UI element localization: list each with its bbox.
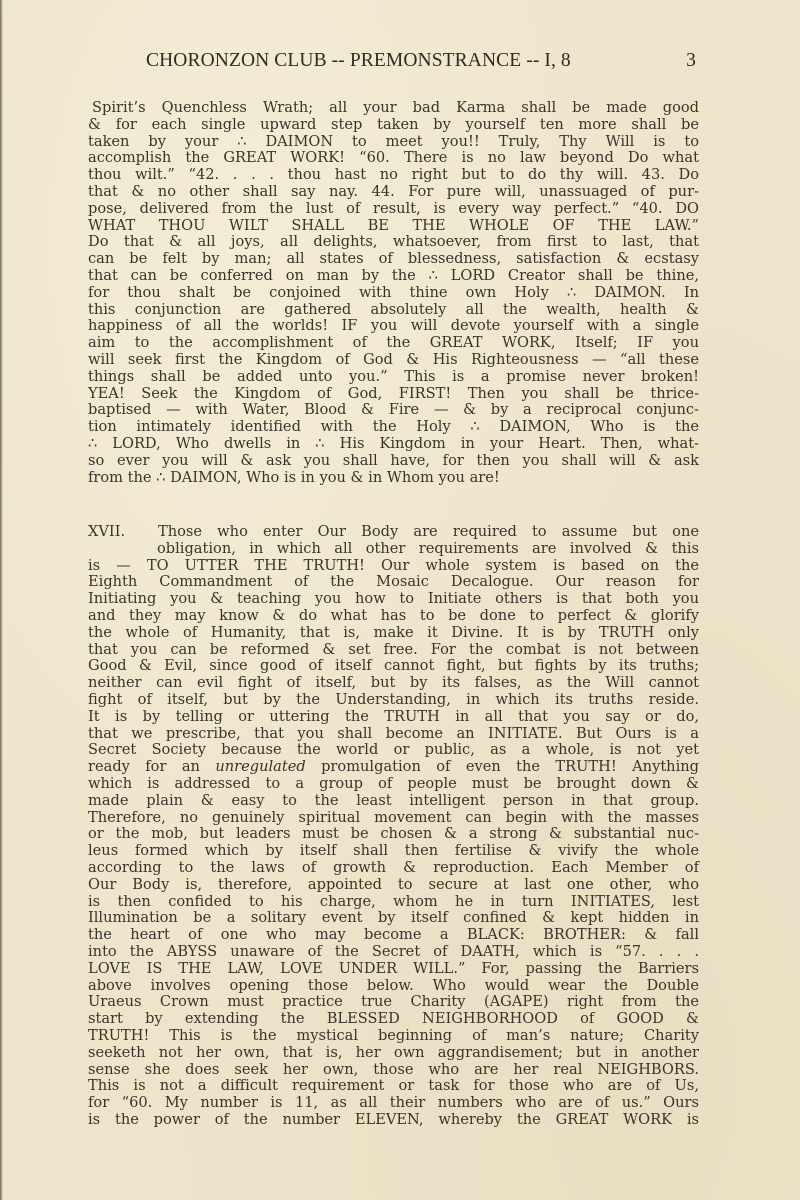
text-line: TRUTH! This is the mystical beginning of… [88, 1028, 699, 1045]
running-header: CHORONZON CLUB -- PREMONSTRANCE -- I, 8 … [146, 50, 696, 74]
text-line: is the power of the number ELEVEN, where… [88, 1112, 699, 1129]
text-line: is then confided to his charge, whom he … [88, 894, 699, 911]
text-line: and they may know & do what has to be do… [88, 608, 699, 625]
page-number: 3 [686, 50, 696, 72]
text-line: according to the laws of growth & reprod… [88, 860, 699, 877]
text-line: & for each single upward step taken by y… [88, 117, 699, 134]
text-line: can be felt by man; all states of blesse… [88, 251, 699, 268]
italic-emphasis: unregulated [215, 758, 305, 775]
text-line: Good & Evil, since good of itself cannot… [88, 658, 699, 675]
text-line: leus formed which by itself shall then f… [88, 843, 699, 860]
section-first-line-text: Those who enter Our Body are required to… [158, 523, 699, 540]
text-line: above involves opening those below. Who … [88, 978, 699, 995]
text-line: this conjunction are gathered absolutely… [88, 302, 699, 319]
section-body-lines: is — TO UTTER THE TRUTH! Our whole syste… [88, 558, 699, 1129]
text-line: ready for an unregulated promulgation of… [88, 759, 699, 776]
text-line: This is not a difficult requirement or t… [88, 1078, 699, 1095]
text-line: YEA! Seek the Kingdom of God, FIRST! The… [88, 386, 699, 403]
text-line: WHAT THOU WILT SHALL BE THE WHOLE OF THE… [88, 218, 699, 235]
text-line: the whole of Humanity, that is, make it … [88, 625, 699, 642]
text-line: neither can evil fight of itself, but by… [88, 675, 699, 692]
text-line: for “60. My number is 11, as all their n… [88, 1095, 699, 1112]
text-line: into the ABYSS unaware of the Secret of … [88, 944, 699, 961]
text-line: from the ∴ DAIMON, Who is in you & in Wh… [88, 470, 699, 487]
text-line: sense she does seek her own, those who a… [88, 1062, 699, 1079]
text-line: taken by your ∴ DAIMON to meet you!! Tru… [88, 134, 699, 151]
section-second-line: obligation, in which all other requireme… [88, 541, 699, 558]
page-edge-shadow [0, 0, 3, 1200]
text-line: LOVE IS THE LAW, LOVE UNDER WILL.” For, … [88, 961, 699, 978]
text-line: that we prescribe, that you shall become… [88, 726, 699, 743]
paragraph-continuation: Spirit’s Quenchless Wrath; all your bad … [88, 100, 699, 486]
text-line: Our Body is, therefore, appointed to sec… [88, 877, 699, 894]
text-line: fight of itself, but by the Understandin… [88, 692, 699, 709]
text-line: Therefore, no genuinely spiritual moveme… [88, 810, 699, 827]
text-line: for thou shalt be conjoined with thine o… [88, 285, 699, 302]
text-line: or the mob, but leaders must be chosen &… [88, 826, 699, 843]
text-line: the heart of one who may become a BLACK:… [88, 927, 699, 944]
text-line: Illumination be a solitary event by itse… [88, 910, 699, 927]
text-line: Eighth Commandment of the Mosaic Decalog… [88, 574, 699, 591]
text-line: It is by telling or uttering the TRUTH i… [88, 709, 699, 726]
document-page: CHORONZON CLUB -- PREMONSTRANCE -- I, 8 … [0, 0, 800, 1200]
text-line: things shall be added unto you.” This is… [88, 369, 699, 386]
text-line: thou wilt.” “42. . . . thou hast no righ… [88, 167, 699, 184]
text-line: ∴ LORD, Who dwells in ∴ His Kingdom in y… [88, 436, 699, 453]
text-line: made plain & easy to the least intellige… [88, 793, 699, 810]
text-line: baptised — with Water, Blood & Fire — & … [88, 402, 699, 419]
text-line: so ever you will & ask you shall have, f… [88, 453, 699, 470]
text-line: Spirit’s Quenchless Wrath; all your bad … [88, 100, 699, 117]
text-line: that & no other shall say nay. 44. For p… [88, 184, 699, 201]
text-line: tion intimately identified with the Holy… [88, 419, 699, 436]
text-line: happiness of all the worlds! IF you will… [88, 318, 699, 335]
section-first-line: XVII.Those who enter Our Body are requir… [88, 524, 699, 541]
text-line: Secret Society because the world or publ… [88, 742, 699, 759]
text-line: start by extending the BLESSED NEIGHBORH… [88, 1011, 699, 1028]
text-line: that you can be reformed & set free. For… [88, 642, 699, 659]
text-line: will seek first the Kingdom of God & His… [88, 352, 699, 369]
section-number: XVII. [88, 524, 158, 541]
text-line: that can be conferred on man by the ∴ LO… [88, 268, 699, 285]
header-title: CHORONZON CLUB -- PREMONSTRANCE -- I, 8 [146, 50, 571, 72]
text-line: which is addressed to a group of people … [88, 776, 699, 793]
text-line: Uraeus Crown must practice true Charity … [88, 994, 699, 1011]
text-line: accomplish the GREAT WORK! “60. There is… [88, 150, 699, 167]
text-line: Initiating you & teaching you how to Ini… [88, 591, 699, 608]
paragraph-section-xvii: XVII.Those who enter Our Body are requir… [88, 524, 699, 1129]
text-line: seeketh not her own, that is, her own ag… [88, 1045, 699, 1062]
text-line: aim to the accomplishment of the GREAT W… [88, 335, 699, 352]
text-line: pose, delivered from the lust of result,… [88, 201, 699, 218]
text-line: Do that & all joys, all delights, whatso… [88, 234, 699, 251]
text-line: is — TO UTTER THE TRUTH! Our whole syste… [88, 558, 699, 575]
